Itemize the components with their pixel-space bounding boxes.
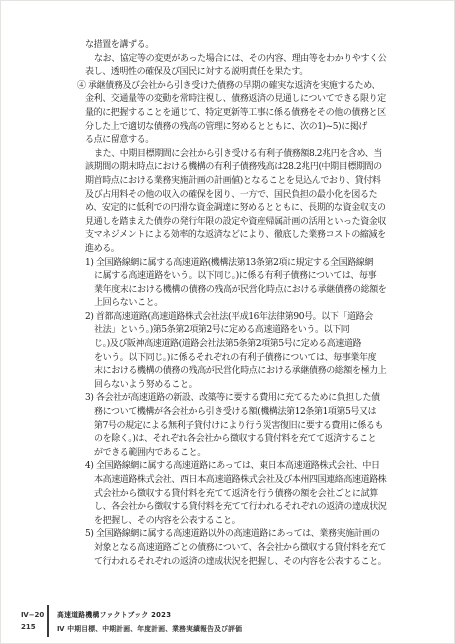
body-text-line: 2) 首都高速道路(高速道路株式会社法(平成16年法律第90号。以下「道路会 <box>1 311 448 325</box>
body-text-line: ができる範囲内であること。 <box>1 447 448 461</box>
body-text-line: のを除く。)は、それぞれ各会社から徴収する貸付料を充てて返済すること <box>1 433 448 447</box>
body-text-line: ④ 承継債務及び会社から引き受けた債務の早期の確実な返済を実施するため、 <box>1 80 448 94</box>
document-page: な措置を講ずる。なお、協定等の変更があった場合には、その内容、理由等をわかりやす… <box>0 0 455 644</box>
body-text-line: また、中期目標期間に会社から引き受ける有利子債務額8.2兆円を含め、当 <box>1 148 448 162</box>
body-text-line: 式会社から徴収する貸付料を充てて返済を行う債務の額を会社ごとに試算 <box>1 488 448 502</box>
body-text-line: 末における機構の債務の残高が民営化時点における承継債務の総額を極力上 <box>1 365 448 379</box>
footer-titles: 高速道路機構ファクトブック 2023 Ⅳ 中期目標、中期計画、年度計画、業務実績… <box>57 605 242 637</box>
footer-book-title: 高速道路機構ファクトブック 2023 <box>57 609 242 619</box>
body-text-line: 金利、交通量等の変動を常時注視し、債務返済の見通しについてできる限り定 <box>1 93 448 107</box>
body-text-line: 第7号の規定による無利子貸付けにより行う災害復旧に要する費用に係るも <box>1 420 448 434</box>
body-text-line: る点に留意する。 <box>1 134 448 148</box>
body-text-line: 進める。 <box>1 243 448 257</box>
footer-section-page: Ⅳ−20 <box>21 611 45 619</box>
footer-chapter-title: Ⅳ 中期目標、中期計画、年度計画、業務実績報告及び評価 <box>57 623 242 633</box>
body-text-line: なお、協定等の変更があった場合には、その内容、理由等をわかりやすく公 <box>1 53 448 67</box>
body-text-line: 5) 全国路線網に属する高速道路以外の高速道路にあっては、業務実施計画の <box>1 528 448 542</box>
body-text-line: な措置を講ずる。 <box>1 39 448 53</box>
footer-page-number: 215 <box>21 623 45 631</box>
body-text-line: 3) 各会社が高速道路の新設、改築等に要する費用に充てるために負担した債 <box>1 392 448 406</box>
footer-page-numbers: Ⅳ−20 215 <box>21 605 45 637</box>
body-text-line: 対象となる高速道路ごとの債務について、各会社から徴収する貸付料を充て <box>1 542 448 556</box>
body-text-line: 量的に把握することを通じて、特定更新等工事に係る債務をその他の債務と区 <box>1 107 448 121</box>
body-text-line: 分した上で適切な債務の残高の管理に努めるとともに、次の1)~5)に掲げ <box>1 121 448 135</box>
body-text-line: じ。)及び阪神高速道路(道路会社法第5条第2項第5号に定める高速道路 <box>1 338 448 352</box>
body-text-line: て行われるそれぞれの返済の達成状況を把握し、その内容を公表すること。 <box>1 556 448 570</box>
body-text-line: 業年度末における機構の債務の残高が民営化時点における承継債務の総額を <box>1 284 448 298</box>
footer-divider <box>47 605 49 637</box>
body-text-line: 回らないよう努めること。 <box>1 379 448 393</box>
body-text-line: 期首時点における業務実施計画の計画値)となることを見込んでおり、貸付料 <box>1 175 448 189</box>
body-text-line: 4) 全国路線網に属する高速道路にあっては、東日本高速道路株式会社、中日 <box>1 460 448 474</box>
document-body: な措置を講ずる。なお、協定等の変更があった場合には、その内容、理由等をわかりやす… <box>1 39 448 569</box>
body-text-line: 該期間の期末時点における機構の有利子債務残高は28.2兆円(中期目標期間の <box>1 161 448 175</box>
page-footer: Ⅳ−20 215 高速道路機構ファクトブック 2023 Ⅳ 中期目標、中期計画、… <box>21 605 242 637</box>
body-text-line: 1) 全国路線網に属する高速道路(機構法第13条第2項に規定する全国路線網 <box>1 257 448 271</box>
body-text-line: 及び占用料その他の収入の確保を図り、一方で、国民負担の最小化を図るた <box>1 189 448 203</box>
body-text-line: 社法」という。)第5条第2項第2号に定める高速道路をいう。以下同 <box>1 324 448 338</box>
body-text-line: 務について機構が各会社から引き受ける額(機構法第12条第1項第5号又は <box>1 406 448 420</box>
body-text-line: し、各会社から徴収する貸付料を充てて行われるそれぞれの返済の達成状況 <box>1 501 448 515</box>
body-text-line: 見通しを踏まえた債券の発行年限の設定や資産帰属計画の活用といった資金収 <box>1 216 448 230</box>
body-text-line: め、安定的に低利での円滑な資金調達に努めるとともに、長期的な資金収支の <box>1 202 448 216</box>
body-text-line: 上回らないこと。 <box>1 297 448 311</box>
body-text-line: 支マネジメントによる効率的な返済などにより、徹底した業務コストの縮減を <box>1 229 448 243</box>
body-text-line: を把握し、その内容を公表すること。 <box>1 515 448 529</box>
body-text-line: をいう。以下同じ。)に係るそれぞれの有利子債務については、毎事業年度 <box>1 352 448 366</box>
body-text-line: に属する高速道路をいう。以下同じ。)に係る有利子債務については、毎事 <box>1 270 448 284</box>
body-text-line: 表し、透明性の確保及び国民に対する説明責任を果たす。 <box>1 66 448 80</box>
body-text-line: 本高速道路株式会社、西日本高速道路株式会社及び本州四国連絡高速道路株 <box>1 474 448 488</box>
